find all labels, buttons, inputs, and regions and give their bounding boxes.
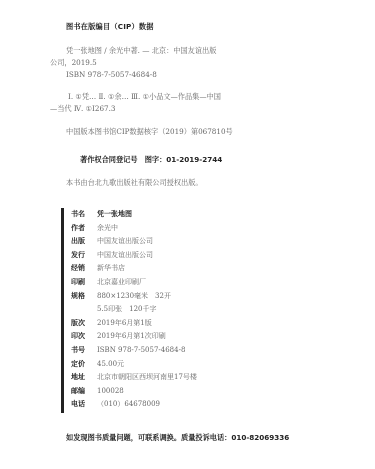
info-key: 印次 (71, 331, 97, 341)
info-value: 2019年6月第1次印刷 (97, 331, 166, 341)
info-table-row: 作者余光中 (71, 222, 118, 234)
info-value: 880×1230毫米 32开 (97, 291, 171, 301)
info-table-row: 出版中国友谊出版公司 (71, 235, 153, 247)
info-table-row: 邮编100028 (71, 385, 124, 397)
info-key: 定价 (71, 359, 97, 369)
info-value: 5.5印张 120千字 (97, 304, 157, 314)
info-value: 2019年6月第1版 (97, 318, 152, 328)
info-table-row: 版次2019年6月第1版 (71, 317, 152, 329)
cip-title: 图书在版编目（CIP）数据 (66, 22, 154, 32)
info-key: 作者 (71, 223, 97, 233)
info-key: 版次 (71, 318, 97, 328)
info-value: 100028 (97, 387, 124, 395)
info-value: 北京市朝阳区西坝河南里17号楼 (97, 372, 197, 382)
cip-classification-line2: —当代 Ⅳ. ①I267.3 (50, 104, 115, 114)
info-table-bar (61, 208, 64, 413)
info-value: 凭一张地图 (97, 209, 132, 219)
quality-complaint-footer: 如发现图书质量问题，可联系调换。质量投诉电话：010-82069336 (66, 433, 289, 443)
info-table-row: 印刷北京嘉业印刷厂 (71, 276, 146, 288)
info-key: 出版 (71, 236, 97, 246)
info-key: 规格 (71, 291, 97, 301)
info-value: 北京嘉业印刷厂 (97, 277, 146, 287)
copyright-registration: 著作权合同登记号 图字：01-2019-2744 (80, 155, 222, 165)
authorization-note: 本书由台北九歌出版社有限公司授权出版。 (66, 178, 203, 188)
info-key: 经销 (71, 263, 97, 273)
info-value: 新华书店 (97, 263, 125, 273)
info-value: ISBN 978-7-5057-4684-8 (97, 346, 185, 354)
info-key: 地址 (71, 372, 97, 382)
info-key: 印刷 (71, 277, 97, 287)
info-table-row: 定价45.00元 (71, 358, 124, 370)
cip-isbn: ISBN 978-7-5057-4684-8 (66, 70, 157, 79)
info-key: 邮编 (71, 386, 97, 396)
info-key: 电话 (71, 399, 97, 409)
info-key: 书名 (71, 209, 97, 219)
info-table-row: 印次2019年6月第1次印刷 (71, 330, 166, 342)
cip-title-line-cont: 公司，2019.5 (50, 58, 97, 68)
info-table-row: 发行中国友谊出版公司 (71, 249, 153, 261)
info-value: 余光中 (97, 223, 118, 233)
info-table-row: 经销新华书店 (71, 262, 125, 274)
info-value: 中国友谊出版公司 (97, 236, 153, 246)
info-table-row: 书号ISBN 978-7-5057-4684-8 (71, 344, 185, 356)
info-key: 发行 (71, 250, 97, 260)
cip-classification-line1: Ⅰ. ①凭… Ⅱ. ①余… Ⅲ. ①小品文—作品集—中国 (68, 92, 221, 102)
info-table-row: 地址北京市朝阳区西坝河南里17号楼 (71, 371, 197, 383)
info-value: 中国友谊出版公司 (97, 250, 153, 260)
info-key: 书号 (71, 345, 97, 355)
info-value: （010）64678009 (97, 399, 160, 409)
info-table-row: 书名凭一张地图 (71, 208, 132, 220)
cip-title-line: 凭一张地图 / 余光中著. — 北京：中国友谊出版 (66, 46, 216, 56)
info-table-row: 规格880×1230毫米 32开 (71, 290, 171, 302)
info-table-row: 电话（010）64678009 (71, 398, 160, 410)
info-value: 45.00元 (97, 359, 124, 369)
cip-number: 中国版本图书馆CIP数据核字（2019）第067810号 (66, 127, 233, 137)
info-table-row: 5.5印张 120千字 (71, 303, 157, 315)
